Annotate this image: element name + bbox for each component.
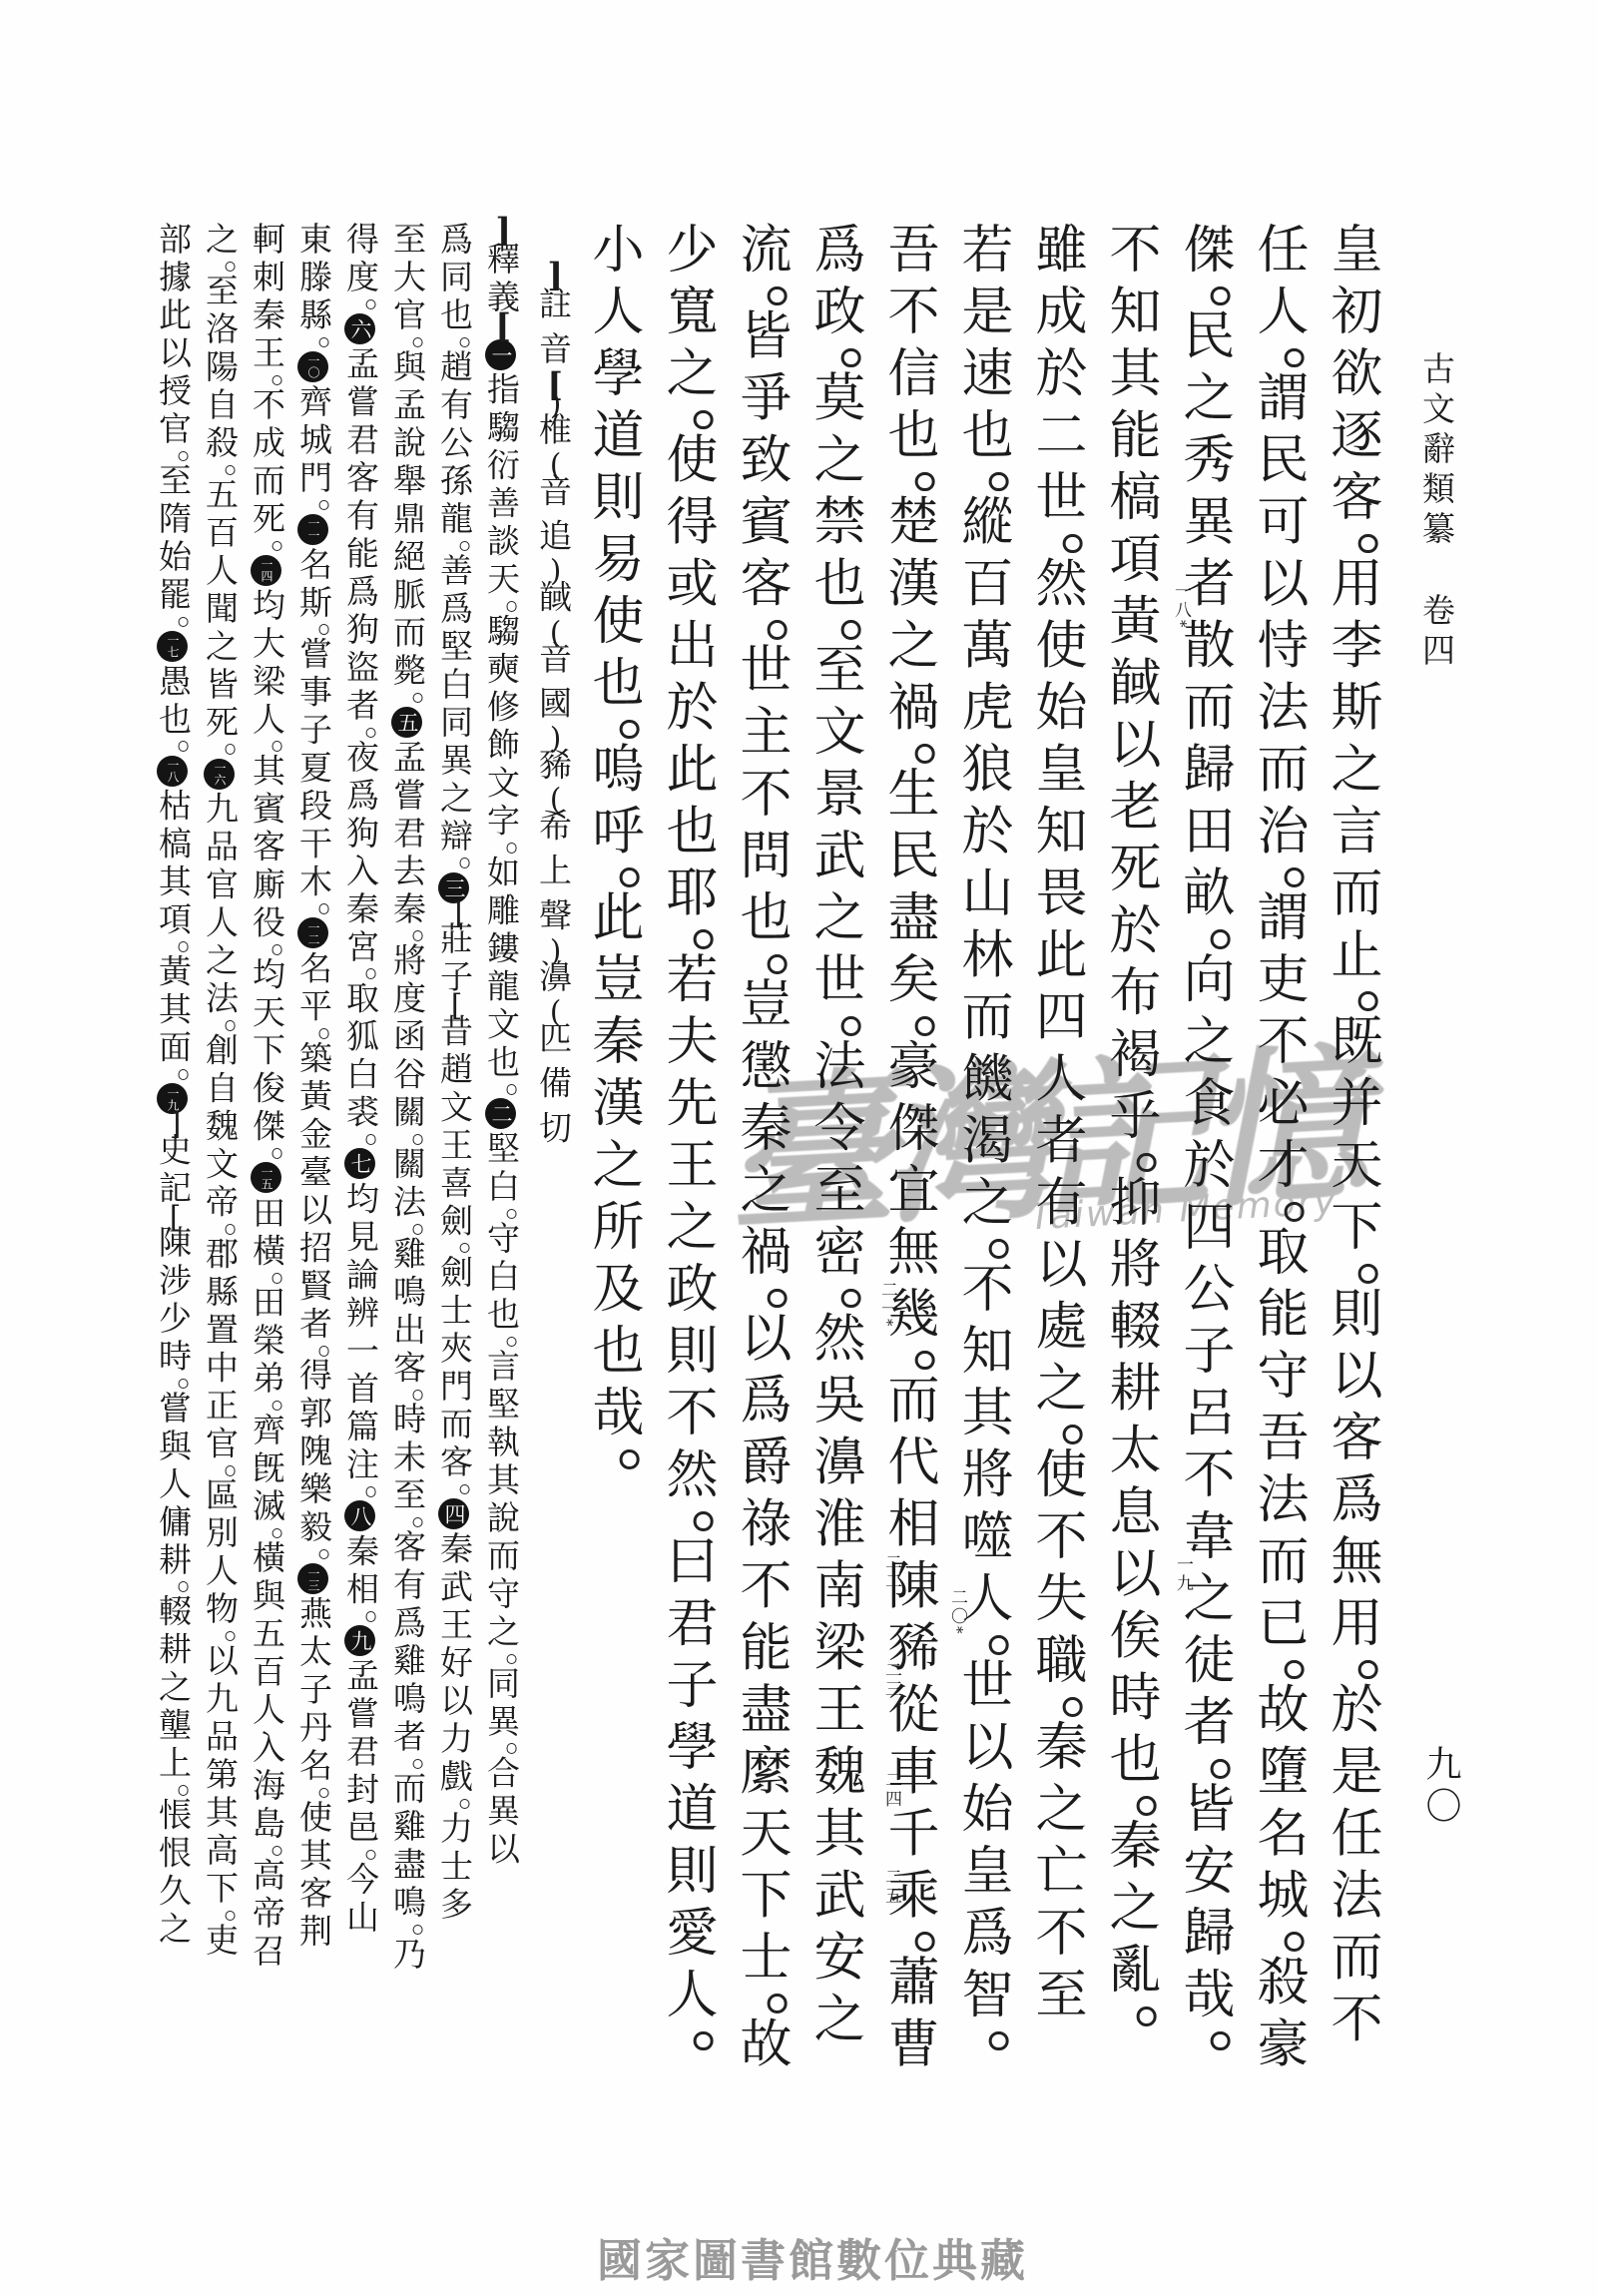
period-mark	[412, 930, 423, 941]
period-mark	[225, 1224, 236, 1235]
period-mark	[989, 1635, 1009, 1655]
period-mark	[271, 741, 282, 752]
lens-bracket-mark: ]	[491, 318, 511, 336]
period-mark	[459, 1243, 470, 1254]
period-mark	[694, 929, 714, 949]
period-mark	[506, 1743, 517, 1754]
period-mark	[459, 1799, 470, 1810]
text-column-2: 任人謂民可以恃法而治謂吏不必才取能守吾法而已故墮名城殺豪	[1252, 222, 1326, 2163]
bracket-mark: ]	[446, 997, 462, 1013]
circled-note-number: 一五	[251, 1162, 281, 1193]
period-mark	[506, 843, 517, 854]
period-mark	[768, 1994, 788, 2013]
period-mark	[841, 348, 861, 368]
period-mark	[318, 1346, 329, 1357]
bracket-mark: [	[165, 1116, 181, 1132]
period-mark	[271, 1148, 282, 1159]
period-mark	[915, 1932, 935, 1952]
note-marker: 二五	[878, 1868, 900, 1906]
text-column-5: 雖成於二世然使始皇知畏此四人者有以處之使不失職秦之亡不至	[1030, 222, 1104, 2163]
period-mark	[1285, 1660, 1305, 1680]
period-mark	[768, 620, 788, 640]
period-mark	[1358, 991, 1378, 1011]
period-mark	[365, 1850, 376, 1861]
paren-mark: (	[545, 563, 561, 579]
period-mark	[318, 1028, 329, 1039]
period-mark	[412, 1134, 423, 1145]
period-mark	[225, 1465, 236, 1476]
text-column-13: [釋義]一指騶衍善談天騶奭修飾文字如雕鏤龍文也二堅白守白也言堅執其說而守之同異合…	[484, 222, 531, 2163]
period-mark	[318, 624, 329, 635]
period-mark	[271, 1401, 282, 1412]
period-mark	[1285, 348, 1305, 368]
text-column-3: 傑民之秀異者散而歸田畝向之食於四公子呂不韋之徒者皆安歸哉	[1178, 222, 1252, 2163]
period-mark	[271, 1846, 282, 1857]
period-mark	[365, 1611, 376, 1622]
text-column-19: 之至洛陽自殺五百人聞之皆死一六九品官人之法創自魏文帝郡縣置中正官區別人物以九品第…	[203, 222, 250, 2163]
circled-note-number: 八	[344, 1500, 375, 1531]
period-mark	[318, 500, 329, 511]
period-mark	[841, 1016, 861, 1036]
period-mark	[225, 1020, 236, 1031]
period-mark	[1063, 1697, 1083, 1717]
period-mark	[412, 1925, 423, 1936]
period-mark	[506, 601, 517, 612]
period-mark	[989, 1239, 1009, 1259]
period-mark	[1137, 2007, 1157, 2026]
period-mark	[365, 1486, 376, 1497]
text-column-17: 東滕縣一〇齊城門一一名斯嘗事子夏段干木一二名平築黃金臺以招賢者得郭隗樂毅一三燕太…	[296, 222, 343, 2163]
period-mark	[768, 954, 788, 974]
period-mark	[459, 858, 470, 868]
lens-bracket-mark: [	[543, 268, 563, 286]
period-mark	[1285, 867, 1305, 887]
circled-note-number: 五	[391, 707, 422, 738]
period-mark	[459, 1484, 470, 1495]
period-mark	[178, 1581, 189, 1592]
period-mark	[178, 1785, 189, 1796]
period-mark	[412, 337, 423, 348]
archive-footer-caption: 國家圖書館數位典藏	[597, 2224, 1028, 2289]
period-mark	[318, 1549, 329, 1560]
lens-bracket-mark: [	[491, 223, 511, 241]
paren-mark: )	[545, 625, 561, 641]
period-mark	[1358, 1660, 1378, 1680]
period-mark	[178, 741, 189, 752]
period-mark	[271, 944, 282, 955]
note-marker: 一九	[1170, 1555, 1192, 1593]
period-mark	[412, 1390, 423, 1401]
period-mark	[694, 1511, 714, 1531]
period-mark	[506, 1337, 517, 1348]
period-mark	[1063, 534, 1083, 554]
period-mark	[1211, 2031, 1231, 2051]
text-column-15: 至大官與孟說舉鼎絕脈而斃五孟嘗君去秦將度函谷關關法雞鳴出客時未至客有爲雞鳴者而雞…	[390, 222, 437, 2163]
text-column-20: 部據此以授官至隋始罷一七愚也一八枯槁其項黃其面一九[史記]陳涉少時嘗與人傭耕輟耕…	[156, 222, 203, 2163]
period-mark	[412, 1224, 423, 1235]
period-mark	[365, 728, 376, 739]
period-mark	[225, 744, 236, 755]
period-mark	[506, 1084, 517, 1095]
period-mark	[178, 1069, 189, 1080]
circled-note-number: 七	[344, 1148, 375, 1179]
running-head-title: 古文辭類纂 卷四	[1413, 351, 1460, 673]
text-column-8: 爲政莫之禁也至文景武之世法令至密然吳濞淮南梁王魏其武安之	[808, 222, 882, 2163]
period-mark	[915, 1351, 935, 1371]
text-column-1: 皇初欲逐客用李斯之言而止既并天下則以客爲無用於是任法而不	[1326, 222, 1399, 2163]
note-marker: 一八*	[1168, 582, 1190, 628]
period-mark	[459, 337, 470, 348]
period-mark	[506, 1654, 517, 1665]
period-mark	[178, 1379, 189, 1390]
period-mark	[1211, 929, 1231, 949]
circled-note-number: 一二	[297, 917, 328, 948]
circled-note-number: 一三	[297, 1563, 328, 1594]
period-mark	[365, 299, 376, 310]
period-mark	[768, 1289, 788, 1309]
period-mark	[225, 262, 236, 273]
text-column-18: 軻刺秦王不成而死一四均大梁人其賓客廝役均天下俊傑一五田橫田榮弟齊旣滅橫與五百人入…	[250, 222, 296, 2163]
period-mark	[989, 2031, 1009, 2051]
text-column-9: 流皆爭致賓客世主不問也豈懲秦之禍以爲爵祿不能盡縻天下士故	[735, 222, 808, 2163]
paren-mark: (	[545, 943, 561, 959]
period-mark	[694, 410, 714, 430]
paren-mark: )	[545, 1004, 561, 1020]
period-mark	[178, 941, 189, 952]
circled-note-number: 一〇	[297, 351, 328, 382]
period-mark	[915, 744, 935, 764]
period-mark	[365, 968, 376, 979]
period-mark	[225, 1631, 236, 1642]
paren-mark: )	[545, 457, 561, 473]
period-mark	[620, 720, 640, 740]
text-column-10: 少寬之使得或出於此也耶若夫先王之政則不然曰君子學道則愛人	[661, 222, 735, 2163]
text-column-16: 得度六孟嘗君客有能爲狗盜者夜爲狗入秦宮取狐白裘七均見論辨一首篇注八秦相九孟嘗君封…	[343, 222, 390, 2163]
period-mark	[915, 472, 935, 492]
period-mark	[1358, 534, 1378, 554]
circled-note-number: 一八	[157, 756, 188, 787]
period-mark	[1137, 1796, 1157, 1816]
period-mark	[318, 337, 329, 348]
period-mark	[271, 1528, 282, 1539]
circled-note-number: 六	[344, 313, 375, 344]
circled-note-number: 九	[344, 1625, 375, 1656]
note-marker: 二四	[878, 1771, 900, 1809]
paren-mark: (	[545, 731, 561, 747]
text-column-6: 若是速也縱百萬虎狼於山林而饑渴之不知其將噬人世以始皇爲智	[956, 222, 1030, 2163]
period-mark	[1285, 1932, 1305, 1952]
book-title: 古文辭類纂	[1417, 351, 1456, 551]
circled-note-number: 一六	[204, 759, 235, 790]
period-mark	[620, 867, 640, 887]
text-column-12: [註音](椎)音追(馘)音國(豨)希上聲(濞)匹備切	[531, 222, 587, 2163]
folio-page-number: 九〇	[1415, 1745, 1466, 1829]
period-mark	[271, 541, 282, 552]
period-mark	[506, 1209, 517, 1220]
bracket-mark: [	[446, 905, 462, 921]
period-mark	[989, 472, 1009, 492]
circled-note-number: 一七	[157, 631, 188, 662]
period-mark	[694, 2031, 714, 2051]
paren-mark: )	[545, 792, 561, 808]
period-mark	[620, 1449, 640, 1469]
period-mark	[365, 1134, 376, 1145]
period-mark	[271, 1273, 282, 1284]
period-mark	[1063, 1425, 1083, 1444]
period-mark	[271, 375, 282, 386]
text-column-11: 小人學道則易使也嗚呼此豈秦漢之所及也哉	[587, 222, 661, 2163]
book-page-scan: 臺灣記憶 Taiwan Memory 古文辭類纂 卷四 九〇 皇初欲逐客用李斯之…	[0, 0, 1597, 2296]
period-mark	[1211, 1759, 1231, 1779]
period-mark	[768, 287, 788, 306]
bracket-mark: ]	[165, 1209, 181, 1225]
circled-note-number: 一四	[251, 555, 281, 586]
text-column-14: 爲同也趙有公孫龍善爲堅白同異之辯三[莊子]昔趙文王喜劍劍士夾門而客四秦武王好以力…	[437, 222, 484, 2163]
period-mark	[225, 465, 236, 476]
period-mark	[412, 693, 423, 704]
period-mark	[318, 903, 329, 914]
text-columns: 皇初欲逐客用李斯之言而止既并天下則以客爲無用於是任法而不任人謂民可以恃法而治謂吏…	[156, 222, 1399, 2163]
circled-note-number: 一一	[297, 514, 328, 545]
note-marker: 二二	[878, 1553, 900, 1591]
period-mark	[1137, 1153, 1157, 1173]
circled-note-number: 二	[485, 1098, 516, 1129]
period-mark	[1211, 287, 1231, 306]
text-column-4: 不知其能槁項黃馘以老死於布褐乎抑將輟耕太息以俟時也秦之亂	[1104, 222, 1178, 2163]
note-marker: 二三	[878, 1661, 900, 1699]
volume-label: 卷四	[1417, 593, 1456, 673]
note-marker: 二一*	[874, 1281, 896, 1327]
period-mark	[459, 541, 470, 552]
note-marker: 二〇*	[944, 1588, 966, 1634]
paren-mark: (	[545, 396, 561, 412]
period-mark	[225, 1911, 236, 1922]
period-mark	[412, 1517, 423, 1528]
period-mark	[412, 1759, 423, 1770]
period-mark	[318, 1788, 329, 1799]
circled-note-number: 四	[438, 1498, 469, 1529]
period-mark	[915, 1016, 935, 1036]
period-mark	[178, 617, 189, 628]
period-mark	[1358, 1264, 1378, 1284]
period-mark	[841, 1289, 861, 1309]
period-mark	[841, 620, 861, 640]
period-mark	[178, 451, 189, 462]
period-mark	[1285, 1202, 1305, 1222]
